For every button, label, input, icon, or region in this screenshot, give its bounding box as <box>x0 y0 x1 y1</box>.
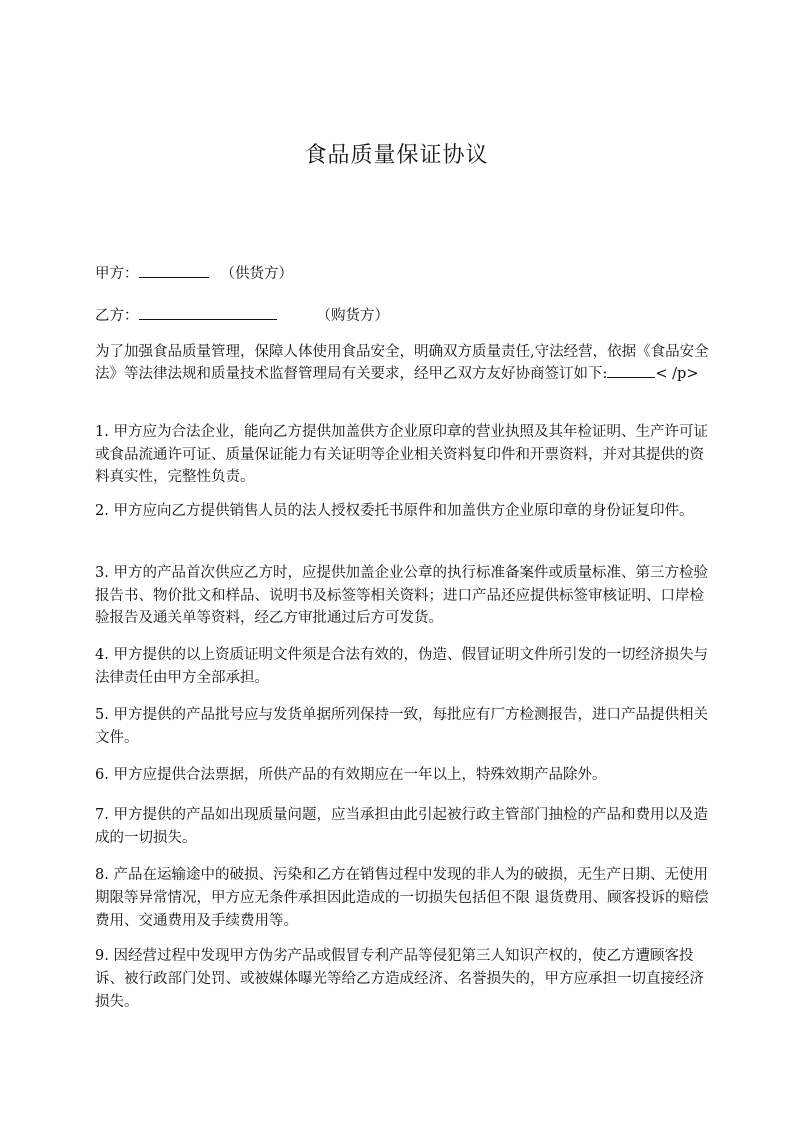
party-a-role: （供货方） <box>221 266 294 282</box>
party-b-line: 乙方：（购货方） <box>95 304 389 326</box>
clause-6: 6. 甲方应提供合法票据，所供产品的有效期应在一年以上，特殊效期产品除外。 <box>95 765 715 787</box>
clause-4: 4. 甲方提供的以上资质证明文件须是合法有效的，伪造、假冒证明文件所引发的一切经… <box>95 644 715 690</box>
clause-1: 1. 甲方应为合法企业，能向乙方提供加盖供方企业原印章的营业执照及其年检证明、生… <box>95 421 715 489</box>
party-a-label: 甲方： <box>95 266 139 282</box>
intro-paragraph: 为了加强食品质量管理，保障人体使用食品安全，明确双方质量责任,守法经营，依据《食… <box>95 343 715 384</box>
party-a-blank <box>139 262 209 278</box>
clause-3: 3. 甲方的产品首次供应乙方时，应提供加盖企业公章的执行标准备案件或质量标准、第… <box>95 562 715 630</box>
party-b-blank <box>139 304 277 320</box>
clause-2: 2. 甲方应向乙方提供销售人员的法人授权委托书原件和加盖供方企业原印章的身份证复… <box>95 500 715 523</box>
party-a-line: 甲方：（供货方） <box>95 262 293 284</box>
intro-blank <box>607 363 655 378</box>
clause-5: 5. 甲方提供的产品批号应与发货单据所列保持一致，每批应有厂方检测报告，进口产品… <box>95 704 715 750</box>
document-page: 食品质量保证协议 甲方：（供货方） 乙方：（购货方） 为了加强食品质量管理，保障… <box>0 0 793 1122</box>
party-b-label: 乙方： <box>95 308 139 324</box>
clause-7: 7. 甲方提供的产品如出现质量问题，应当承担由此引起被行政主管部门抽检的产品和费… <box>95 804 715 850</box>
party-b-role: （购货方） <box>317 308 390 324</box>
clause-8: 8. 产品在运输途中的破损、污染和乙方在销售过程中发现的非人为的破损，无生产日期… <box>95 864 717 933</box>
clause-9: 9. 因经营过程中发现甲方伪劣产品或假冒专利产品等侵犯第三人知识产权的，使乙方遭… <box>95 945 715 1014</box>
document-title: 食品质量保证协议 <box>0 138 793 169</box>
intro-stray-markup: < /p> <box>655 366 698 382</box>
